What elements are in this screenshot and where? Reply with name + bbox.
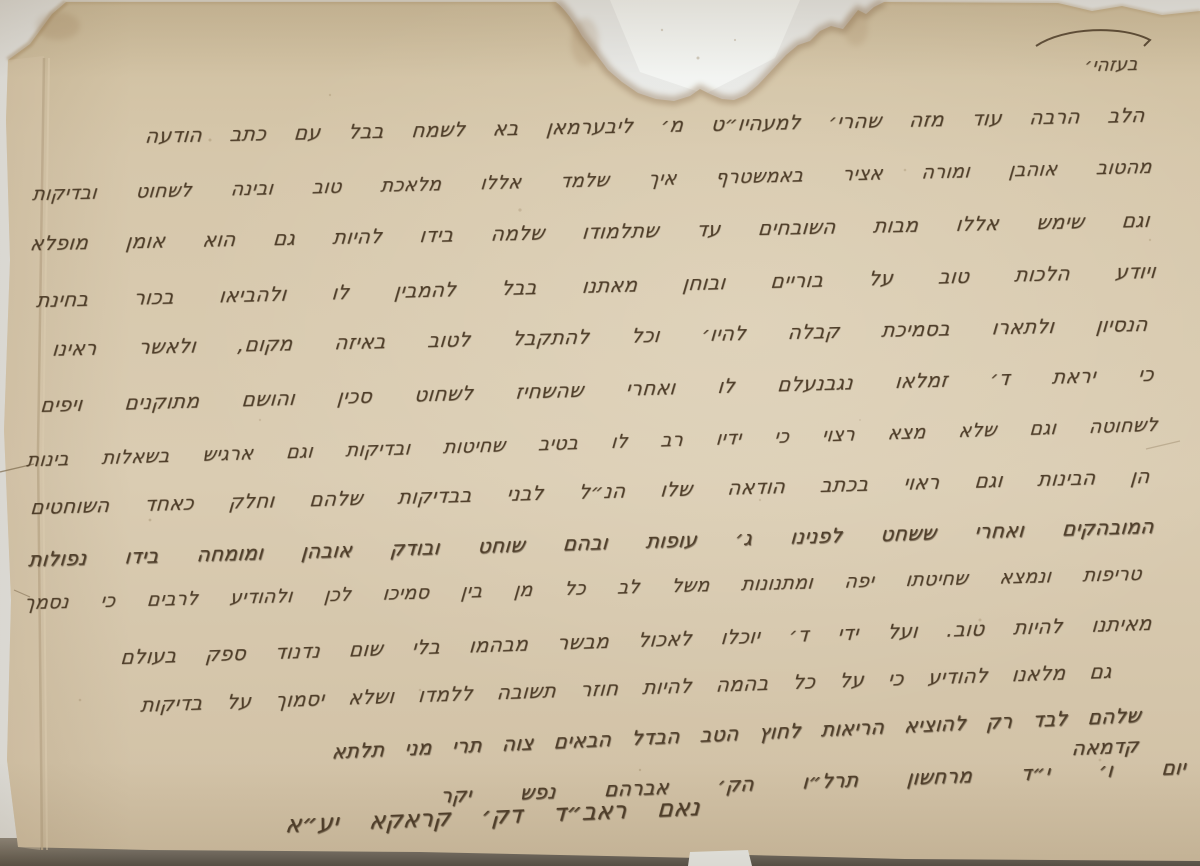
header-bezras-hashem: בעזהי׳	[1029, 50, 1140, 83]
manuscript-line-2: מהטוב אוהבן ומורה אציר באמשטרף איך שלמד …	[31, 152, 1154, 209]
manuscript-line-6: כי יראת ד׳ זמלאו נגבנעלם לו ואחרי שהשחיז…	[39, 359, 1155, 420]
manuscript-line-1: הלב הרבה עוד מזה שהרי׳ למעהיו״ט מ׳ ליבער…	[144, 100, 1147, 151]
manuscript-line-4: ויודע הלכות טוב על בוריים ובוחן מאתנו בב…	[35, 256, 1158, 315]
photograph-of-manuscript: בעזהי׳ הלב הרבה עוד מזה שהרי׳ למעהיו״ט מ…	[0, 0, 1200, 866]
handwritten-text-layer: בעזהי׳ הלב הרבה עוד מזה שהרי׳ למעהיו״ט מ…	[0, 0, 1200, 866]
manuscript-line-5: הנסיון ולתארו בסמיכת קבלה להיו׳ וכל להתק…	[51, 309, 1150, 364]
manuscript-line-3: וגם שימש אללו מבות השובחים עד שתלמודו של…	[29, 205, 1152, 259]
